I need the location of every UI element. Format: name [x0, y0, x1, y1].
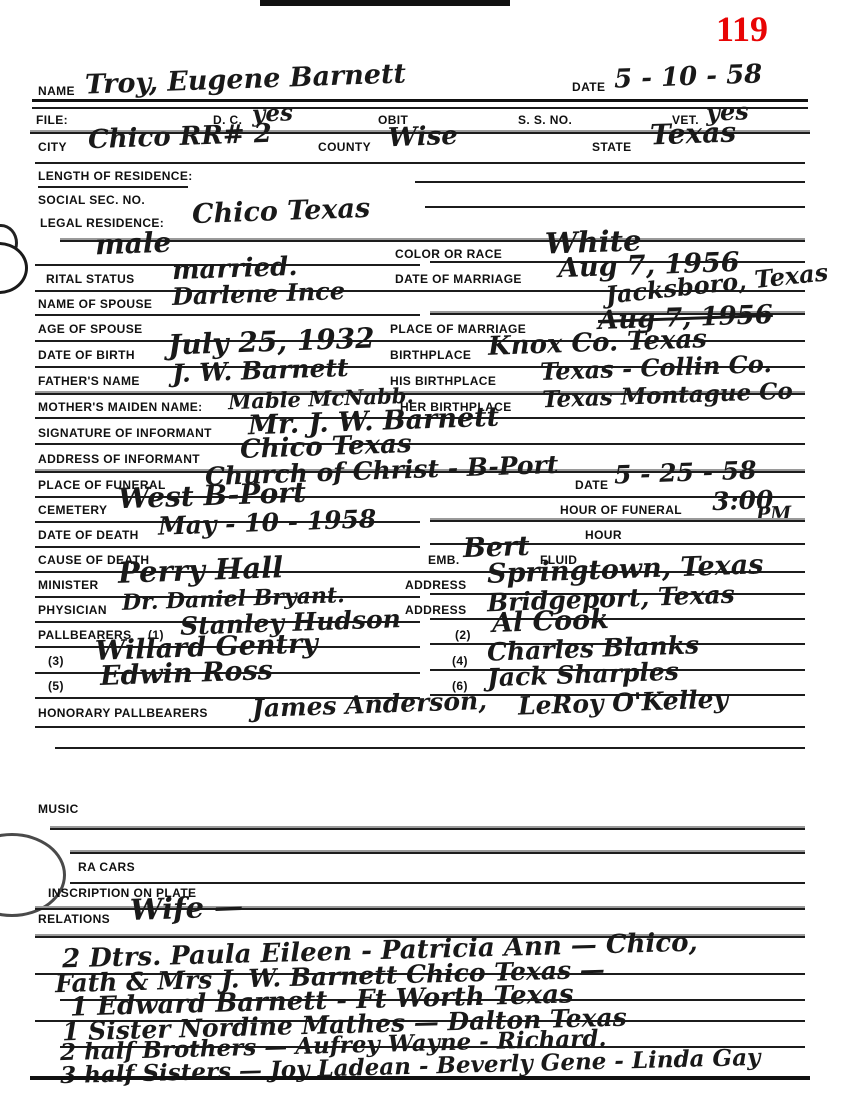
relations-label: RELATIONS	[38, 912, 110, 926]
extra-cars-label: RA CARS	[78, 860, 135, 874]
hour-label: HOUR	[585, 528, 622, 542]
name-of-spouse-label: NAME OF SPOUSE	[38, 297, 152, 311]
funeral-date-value: 5 - 25 - 58	[614, 458, 757, 488]
date-of-marriage-label: DATE OF MARRIAGE	[395, 272, 522, 286]
age-of-spouse-label: AGE OF SPOUSE	[38, 322, 143, 336]
emb-label: EMB.	[428, 553, 460, 567]
address-of-informant-label: ADDRESS OF INFORMANT	[38, 452, 200, 466]
state-value: Texas	[650, 119, 737, 150]
punch-hole-mark	[0, 242, 28, 294]
rule	[430, 518, 805, 520]
mothers-maiden-name-label: MOTHER'S MAIDEN NAME:	[38, 400, 203, 414]
name-value: Troy, Eugene Barnett	[85, 60, 407, 98]
pallbearer-6-name: Jack Sharples	[487, 659, 680, 691]
rule	[35, 443, 805, 445]
rule	[32, 107, 808, 109]
rule	[60, 238, 805, 240]
hour-of-funeral-label: HOUR OF FUNERAL	[560, 503, 682, 517]
punch-hole-mark	[0, 833, 66, 917]
funeral-date-label: DATE	[575, 478, 608, 492]
file-label: FILE:	[36, 113, 68, 127]
relations-value: Wife —	[130, 892, 244, 925]
color-or-race-label: COLOR OR RACE	[395, 247, 502, 261]
date-value: 5 - 10 - 58	[614, 61, 763, 92]
rule	[32, 99, 808, 102]
legal-residence-value: Chico Texas	[192, 195, 371, 228]
rule	[70, 882, 805, 884]
date-of-death-value: May - 10 - 1958	[158, 506, 377, 539]
pallbearer-4-num: (4)	[452, 654, 468, 668]
rule	[30, 1076, 810, 1080]
rule	[430, 618, 805, 620]
county-label: COUNTY	[318, 140, 371, 154]
name-label: NAME	[38, 84, 75, 98]
birthplace-label: BIRTHPLACE	[390, 348, 471, 362]
page-number-stamp: 119	[716, 8, 768, 50]
marital-status-label: RITAL STATUS	[46, 272, 135, 286]
date-of-birth-label: DATE OF BIRTH	[38, 348, 135, 362]
music-label: MUSIC	[38, 802, 79, 816]
city-value: Chico RR# 2	[88, 121, 273, 153]
her-birthplace-value: Texas Montague Co	[542, 380, 793, 412]
honorary-pallbearer-1: James Anderson,	[252, 688, 488, 721]
city-label: CITY	[38, 140, 67, 154]
rule	[35, 162, 805, 164]
pallbearer-2-num: (2)	[455, 628, 471, 642]
minister-address-label: ADDRESS	[405, 578, 466, 592]
fathers-name-label: FATHER'S NAME	[38, 374, 140, 388]
date-of-death-label: DATE OF DEATH	[38, 528, 139, 542]
honorary-pallbearer-2: LeRoy O'Kelley	[518, 686, 729, 718]
rule	[415, 181, 805, 183]
pallbearer-5-name: Edwin Ross	[100, 657, 274, 690]
sex-value: male	[95, 229, 172, 260]
minister-value: Perry Hall	[118, 553, 284, 588]
rule	[35, 314, 420, 316]
ssn-label: S. S. NO.	[518, 113, 572, 127]
minister-label: MINISTER	[38, 578, 99, 592]
pallbearer-2-name: Al Cook	[492, 606, 610, 637]
length-of-residence-label: LENGTH OF RESIDENCE:	[38, 169, 193, 183]
county-value: Wise	[388, 123, 459, 151]
signature-of-informant-label: SIGNATURE OF INFORMANT	[38, 426, 212, 440]
funeral-record-form: 119 NAME Troy, Eugene Barnett DATE 5 - 1…	[0, 0, 850, 1100]
hour-of-funeral-meridiem: PM	[756, 504, 792, 524]
state-label: STATE	[592, 140, 632, 154]
pallbearer-3-num: (3)	[48, 654, 64, 668]
honorary-pallbearers-label: HONORARY PALLBEARERS	[38, 706, 208, 720]
rule	[425, 206, 805, 208]
scan-artifact-top-bar	[260, 0, 510, 6]
fathers-name-value: J. W. Barnett	[172, 355, 349, 386]
pallbearer-5-num: (5)	[48, 679, 64, 693]
rule	[50, 826, 805, 828]
rule	[70, 850, 805, 852]
name-of-spouse-value: Darlene Ince	[172, 279, 346, 309]
physician-label: PHYSICIAN	[38, 603, 107, 617]
rule	[35, 726, 805, 728]
rule	[38, 186, 188, 188]
rule	[35, 546, 420, 548]
rule	[55, 747, 805, 749]
physician-address-label: ADDRESS	[405, 603, 466, 617]
social-sec-no-label: SOCIAL SEC. NO.	[38, 193, 145, 207]
date-label: DATE	[572, 80, 605, 94]
cemetery-label: CEMETERY	[38, 503, 107, 517]
